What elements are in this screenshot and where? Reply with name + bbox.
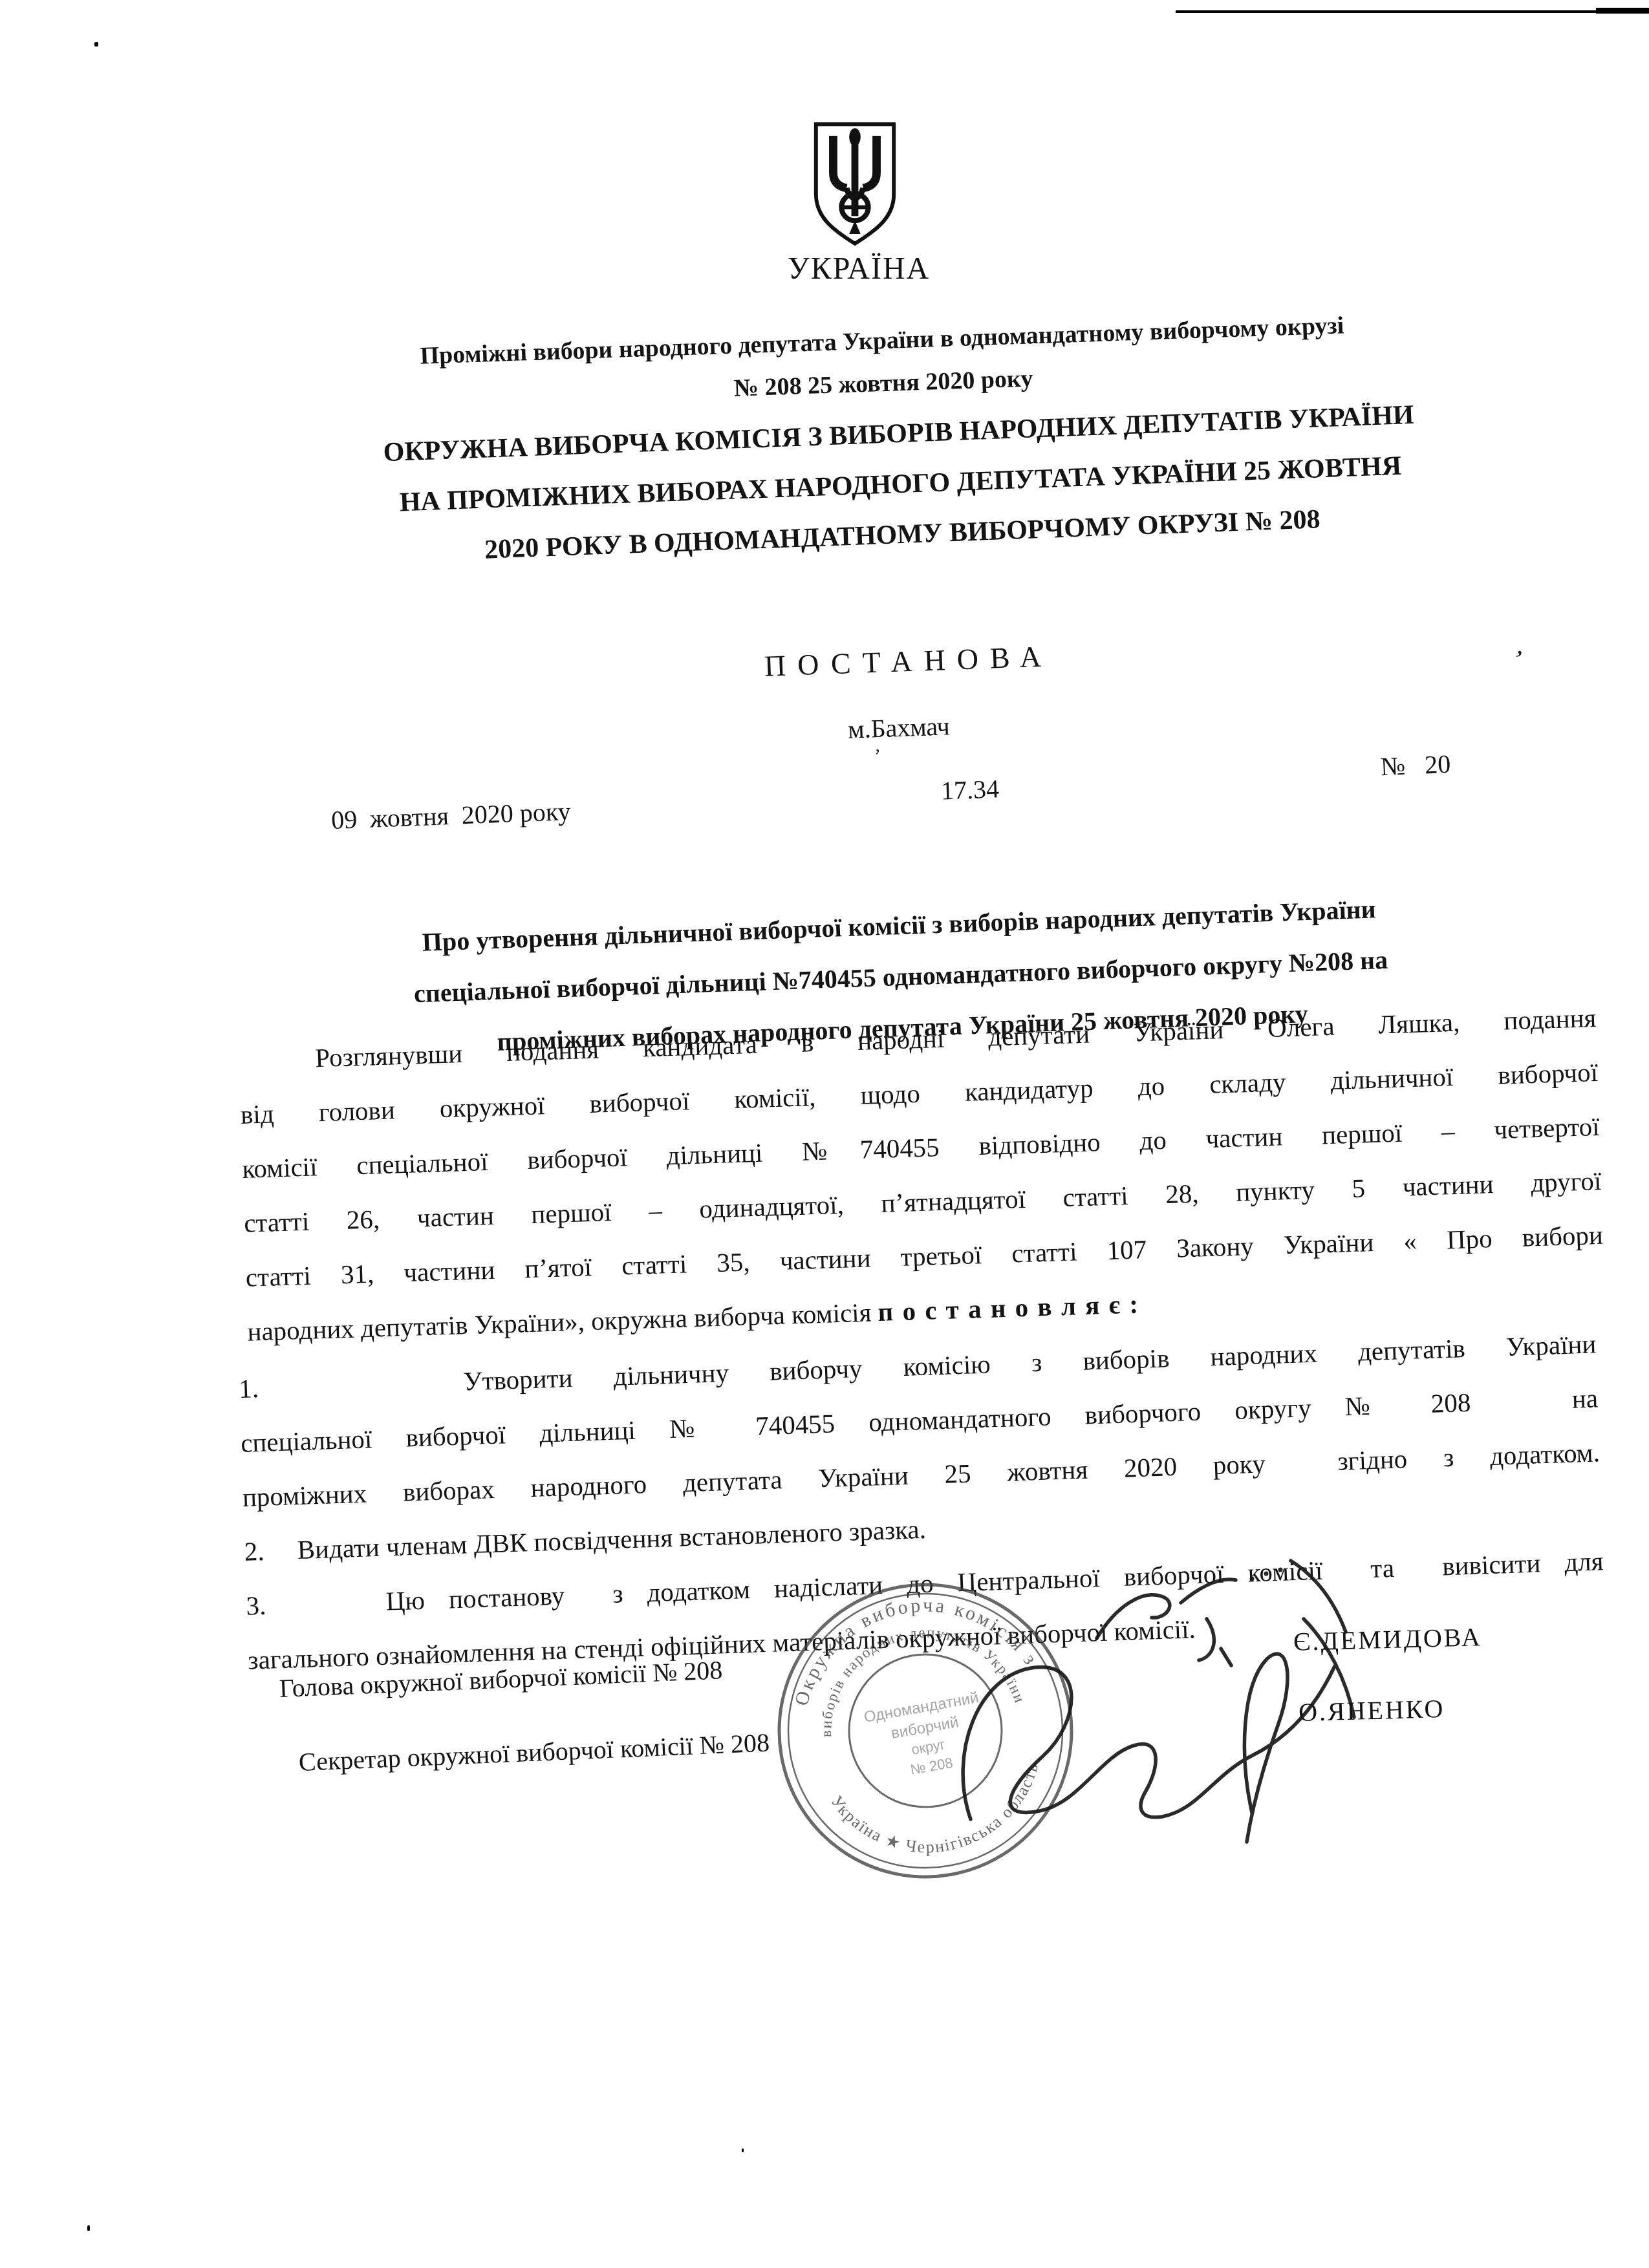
scan-comma-mark: ’: [1509, 643, 1526, 675]
document-date: 09 жовтня 2020 року: [330, 796, 571, 835]
scanned-document-page: УКРАЇНА Проміжні вибори народного депута…: [0, 0, 1649, 2268]
signature-scrawl: [963, 1666, 1335, 1819]
country-label: УКРАЇНА: [697, 251, 1020, 286]
document-type-heading: ПОСТАНОВА: [701, 637, 1115, 685]
scan-speck: [742, 2148, 744, 2152]
signature-flourish: [1097, 1595, 1170, 1638]
signature-role-secretary: Секретар окружної виборчої комісії № 208: [298, 1728, 770, 1777]
signature-flourish: [1291, 1561, 1346, 1632]
scan-speck: [87, 2225, 90, 2231]
ukraine-trident-icon: [807, 120, 903, 248]
document-number: № 20: [1380, 749, 1451, 782]
signature-flourish: [1199, 1619, 1231, 1665]
body-line-final-text: народних депутатів України», окружна виб…: [247, 1297, 879, 1347]
scan-edge-line-thick: [1596, 8, 1649, 14]
scan-edge-line: [1176, 10, 1649, 13]
signature-name-chair: Є.ДЕМИДОВА: [1293, 1621, 1482, 1657]
city-label: м.Бахмач: [811, 709, 986, 745]
resolves-word: п о с т а н о в л я є :: [878, 1289, 1140, 1327]
signature-flourish: [1181, 1579, 1236, 1603]
handwritten-signatures: [903, 1541, 1362, 1878]
time-value: 17.34: [905, 773, 1035, 808]
scan-tick-mark: ’: [874, 745, 881, 767]
scan-speck: [94, 42, 98, 47]
signature-name-secretary: О.ЯНЕНКО: [1298, 1693, 1445, 1728]
body-paragraph: Розглянувши подання кандидата в народні …: [238, 990, 1606, 1359]
